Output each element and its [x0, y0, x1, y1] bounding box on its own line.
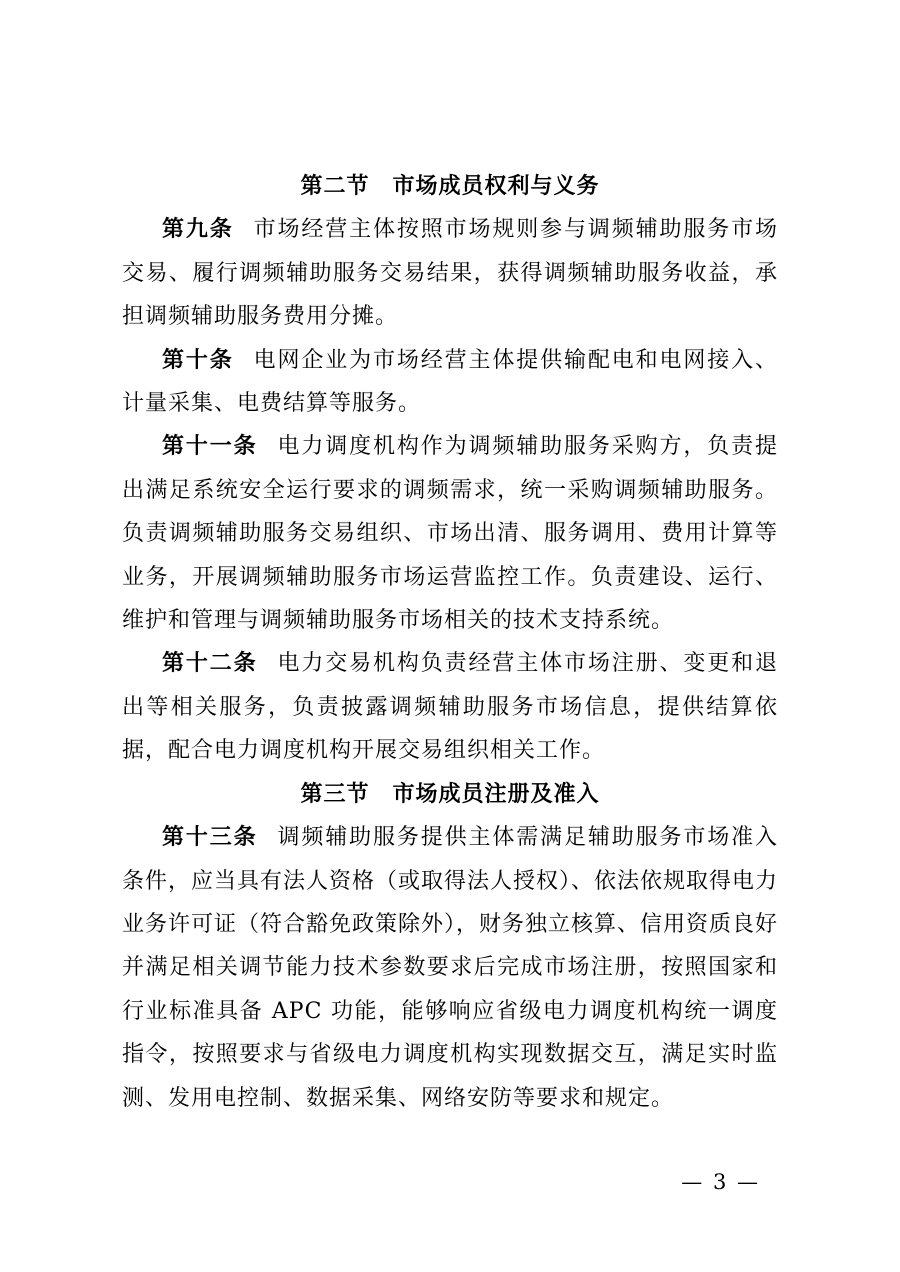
article-13-text: 调频辅助服务提供主体需满足辅助服务市场准入条件，应当具有法人资格（或取得法人授权… — [122, 825, 778, 1110]
article-12-number: 第十二条 — [162, 650, 258, 676]
section-2-heading: 第二节 市场成员权利与义务 — [122, 165, 778, 208]
article-12: 第十二条电力交易机构负责经营主体市场注册、变更和退出等相关服务，负责披露调频辅助… — [122, 642, 778, 772]
document-body: 第二节 市场成员权利与义务 第九条市场经营主体按照市场规则参与调频辅助服务市场交… — [122, 165, 778, 1120]
article-13: 第十三条调频辅助服务提供主体需满足辅助服务市场准入条件，应当具有法人资格（或取得… — [122, 816, 778, 1120]
article-11-number: 第十一条 — [162, 433, 258, 459]
article-11: 第十一条电力调度机构作为调频辅助服务采购方，负责提出满足系统安全运行要求的调频需… — [122, 425, 778, 642]
article-13-number: 第十三条 — [162, 824, 258, 850]
article-11-text: 电力调度机构作为调频辅助服务采购方，负责提出满足系统安全运行要求的调频需求，统一… — [122, 434, 778, 633]
article-9-number: 第九条 — [162, 216, 234, 242]
page-number: — 3 — — [681, 1169, 760, 1195]
article-10-number: 第十条 — [162, 347, 234, 373]
article-10: 第十条电网企业为市场经营主体提供输配电和电网接入、计量采集、电费结算等服务。 — [122, 339, 778, 426]
section-3-heading: 第三节 市场成员注册及准入 — [122, 773, 778, 816]
article-9: 第九条市场经营主体按照市场规则参与调频辅助服务市场交易、履行调频辅助服务交易结果… — [122, 208, 778, 338]
document-page: 第二节 市场成员权利与义务 第九条市场经营主体按照市场规则参与调频辅助服务市场交… — [0, 0, 900, 1272]
